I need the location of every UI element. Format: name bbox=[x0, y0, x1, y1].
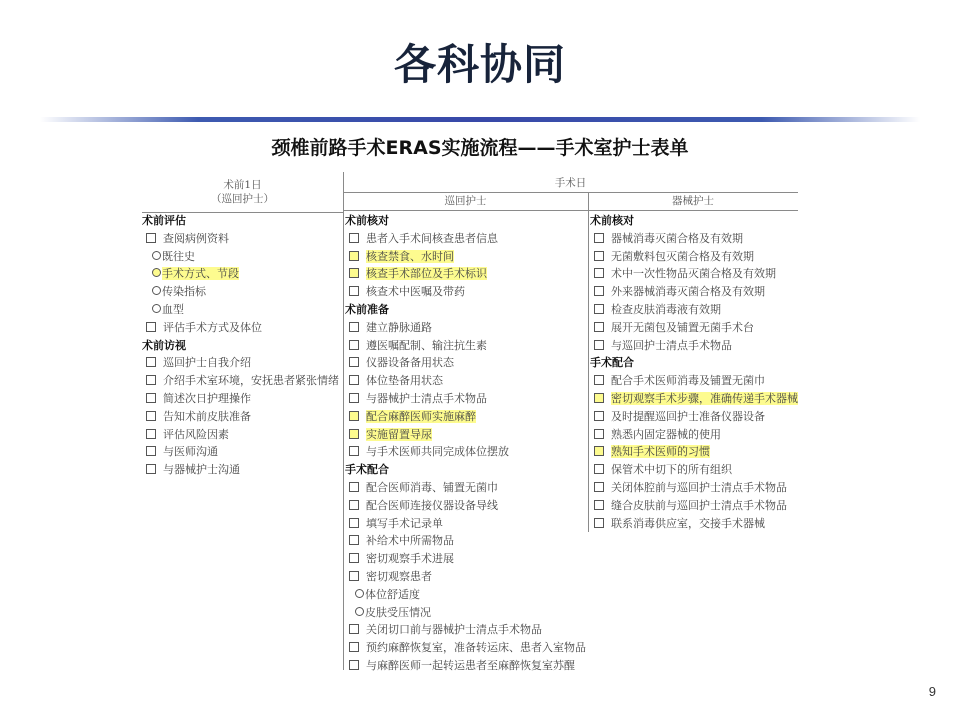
item-label: 联系消毒供应室，交接手术器械 bbox=[611, 517, 765, 530]
item-label: 评估手术方式及体位 bbox=[163, 321, 262, 334]
checklist-item: 无菌敷料包灭菌合格及有效期 bbox=[590, 248, 798, 266]
checkbox-icon[interactable] bbox=[349, 233, 359, 243]
item-label: 核查术中医嘱及带药 bbox=[366, 285, 465, 298]
item-label: 与器械护士沟通 bbox=[163, 463, 240, 476]
checkbox-icon[interactable] bbox=[349, 411, 359, 421]
checklist-item: 填写手术记录单 bbox=[345, 515, 587, 533]
item-label: 既往史 bbox=[162, 250, 195, 263]
checkbox-icon[interactable] bbox=[349, 535, 359, 545]
header-surgery-day: 手术日 bbox=[343, 176, 798, 190]
title-divider bbox=[40, 117, 920, 122]
checklist-item: 与器械护士沟通 bbox=[142, 461, 342, 479]
checklist-item: 介绍手术室环境，安抚患者紧张情绪 bbox=[142, 372, 342, 390]
item-label: 配合医师连接仪器设备导线 bbox=[366, 499, 498, 512]
checklist-item: 与医师沟通 bbox=[142, 443, 342, 461]
item-label: 器械消毒灭菌合格及有效期 bbox=[611, 232, 743, 245]
checklist-item: 简述次日护理操作 bbox=[142, 390, 342, 408]
checklist-subitem: 手术方式、节段 bbox=[142, 265, 342, 283]
nurse-checklist-form: 术前1日 （巡回护士） 手术日 巡回护士 器械护士 术前评估查阅病例资料既往史手… bbox=[142, 172, 798, 670]
item-label: 与医师沟通 bbox=[163, 445, 218, 458]
checkbox-icon[interactable] bbox=[349, 268, 359, 278]
item-label: 展开无菌包及铺置无菌手术台 bbox=[611, 321, 754, 334]
section-heading: 术前访视 bbox=[142, 337, 342, 355]
checkbox-icon[interactable] bbox=[594, 286, 604, 296]
checkbox-icon[interactable] bbox=[594, 411, 604, 421]
item-label: 熟悉内固定器械的使用 bbox=[611, 428, 721, 441]
item-label: 密切观察手术步骤，准确传递手术器械 bbox=[611, 392, 798, 405]
checklist-item: 核查禁食、水时间 bbox=[345, 248, 587, 266]
checklist-item: 遵医嘱配制、输注抗生素 bbox=[345, 337, 587, 355]
checkbox-icon[interactable] bbox=[146, 429, 156, 439]
checkbox-icon[interactable] bbox=[349, 571, 359, 581]
checklist-item: 仪器设备备用状态 bbox=[345, 354, 587, 372]
checkbox-icon[interactable] bbox=[594, 429, 604, 439]
checklist-item: 配合麻醉医师实施麻醉 bbox=[345, 408, 587, 426]
checklist-item: 联系消毒供应室，交接手术器械 bbox=[590, 515, 798, 533]
section-heading: 手术配合 bbox=[590, 354, 798, 372]
item-label: 与手术医师共同完成体位摆放 bbox=[366, 445, 509, 458]
item-label: 体位舒适度 bbox=[365, 588, 420, 601]
checklist-item: 配合医师连接仪器设备导线 bbox=[345, 497, 587, 515]
checkbox-icon[interactable] bbox=[349, 660, 359, 670]
item-label: 熟知手术医师的习惯 bbox=[611, 445, 710, 458]
circle-bullet-icon bbox=[355, 607, 364, 616]
item-label: 外来器械消毒灭菌合格及有效期 bbox=[611, 285, 765, 298]
circle-bullet-icon bbox=[152, 286, 161, 295]
checklist-item: 保管术中切下的所有组织 bbox=[590, 461, 798, 479]
section-heading: 术前核对 bbox=[345, 212, 587, 230]
item-label: 手术方式、节段 bbox=[162, 267, 239, 280]
column-scrub-nurse: 术前核对器械消毒灭菌合格及有效期无菌敷料包灭菌合格及有效期术中一次性物品灭菌合格… bbox=[590, 212, 798, 532]
checklist-item: 熟悉内固定器械的使用 bbox=[590, 426, 798, 444]
item-label: 体位垫备用状态 bbox=[366, 374, 443, 387]
checklist-item: 及时提醒巡回护士准备仪器设备 bbox=[590, 408, 798, 426]
checkbox-icon[interactable] bbox=[349, 553, 359, 563]
checkbox-icon[interactable] bbox=[349, 482, 359, 492]
checkbox-icon[interactable] bbox=[146, 357, 156, 367]
item-label: 血型 bbox=[162, 303, 184, 316]
checkbox-icon[interactable] bbox=[146, 322, 156, 332]
checkbox-icon[interactable] bbox=[146, 411, 156, 421]
column-pre-day: 术前评估查阅病例资料既往史手术方式、节段传染指标血型评估手术方式及体位术前访视巡… bbox=[142, 212, 342, 479]
item-label: 仪器设备备用状态 bbox=[366, 356, 454, 369]
checklist-item: 体位垫备用状态 bbox=[345, 372, 587, 390]
checklist-item: 评估手术方式及体位 bbox=[142, 319, 342, 337]
checklist-item: 关闭体腔前与巡回护士清点手术物品 bbox=[590, 479, 798, 497]
checkbox-icon[interactable] bbox=[349, 429, 359, 439]
item-label: 保管术中切下的所有组织 bbox=[611, 463, 732, 476]
item-label: 缝合皮肤前与巡回护士清点手术物品 bbox=[611, 499, 787, 512]
checklist-item: 核查手术部位及手术标识 bbox=[345, 265, 587, 283]
item-label: 查阅病例资料 bbox=[163, 232, 229, 245]
checklist-item: 配合手术医师消毒及铺置无菌巾 bbox=[590, 372, 798, 390]
checklist-item: 巡回护士自我介绍 bbox=[142, 354, 342, 372]
checklist-item: 术中一次性物品灭菌合格及有效期 bbox=[590, 265, 798, 283]
checkbox-icon[interactable] bbox=[146, 233, 156, 243]
item-label: 关闭体腔前与巡回护士清点手术物品 bbox=[611, 481, 787, 494]
checklist-item: 核查术中医嘱及带药 bbox=[345, 283, 587, 301]
column-divider-2 bbox=[588, 192, 589, 532]
checklist-item: 评估风险因素 bbox=[142, 426, 342, 444]
checkbox-icon[interactable] bbox=[594, 251, 604, 261]
item-label: 配合医师消毒、铺置无菌巾 bbox=[366, 481, 498, 494]
item-label: 皮肤受压情况 bbox=[365, 606, 431, 619]
circle-bullet-icon bbox=[355, 589, 364, 598]
checkbox-icon[interactable] bbox=[349, 357, 359, 367]
column-divider-1 bbox=[343, 172, 344, 670]
item-label: 患者入手术间核查患者信息 bbox=[366, 232, 498, 245]
checklist-item: 与巡回护士清点手术物品 bbox=[590, 337, 798, 355]
checkbox-icon[interactable] bbox=[349, 642, 359, 652]
checkbox-icon[interactable] bbox=[349, 446, 359, 456]
checklist-item: 实施留置导尿 bbox=[345, 426, 587, 444]
checkbox-icon[interactable] bbox=[349, 500, 359, 510]
section-heading: 手术配合 bbox=[345, 461, 587, 479]
checklist-item: 密切观察患者 bbox=[345, 568, 587, 586]
checklist-subitem: 传染指标 bbox=[142, 283, 342, 301]
item-label: 术中一次性物品灭菌合格及有效期 bbox=[611, 267, 776, 280]
checkbox-icon[interactable] bbox=[146, 375, 156, 385]
item-label: 配合手术医师消毒及铺置无菌巾 bbox=[611, 374, 765, 387]
circle-bullet-icon bbox=[152, 251, 161, 260]
item-label: 密切观察患者 bbox=[366, 570, 432, 583]
checklist-subitem: 皮肤受压情况 bbox=[345, 604, 587, 622]
item-label: 核查手术部位及手术标识 bbox=[366, 267, 487, 280]
checkbox-icon[interactable] bbox=[349, 624, 359, 634]
slide-title: 各科协同 bbox=[0, 32, 960, 92]
item-label: 建立静脉通路 bbox=[366, 321, 432, 334]
column-circulating-nurse: 术前核对患者入手术间核查患者信息核查禁食、水时间核查手术部位及手术标识核查术中医… bbox=[345, 212, 587, 675]
header-pre-day-role: （巡回护士） bbox=[142, 192, 343, 206]
circle-bullet-icon bbox=[152, 268, 161, 277]
checklist-item: 患者入手术间核查患者信息 bbox=[345, 230, 587, 248]
section-heading: 术前准备 bbox=[345, 301, 587, 319]
item-label: 关闭切口前与器械护士清点手术物品 bbox=[366, 623, 542, 636]
item-label: 与麻醉医师一起转运患者至麻醉恢复室苏醒 bbox=[366, 659, 575, 672]
item-label: 告知术前皮肤准备 bbox=[163, 410, 251, 423]
checkbox-icon[interactable] bbox=[594, 268, 604, 278]
checklist-item: 密切观察手术步骤，准确传递手术器械 bbox=[590, 390, 798, 408]
checkbox-icon[interactable] bbox=[594, 304, 604, 314]
header-circulating-nurse: 巡回护士 bbox=[343, 194, 588, 208]
checkbox-icon[interactable] bbox=[349, 375, 359, 385]
item-label: 填写手术记录单 bbox=[366, 517, 443, 530]
checklist-item: 关闭切口前与器械护士清点手术物品 bbox=[345, 621, 587, 639]
item-label: 评估风险因素 bbox=[163, 428, 229, 441]
item-label: 无菌敷料包灭菌合格及有效期 bbox=[611, 250, 754, 263]
item-label: 遵医嘱配制、输注抗生素 bbox=[366, 339, 487, 352]
checkbox-icon[interactable] bbox=[594, 500, 604, 510]
checklist-item: 配合医师消毒、铺置无菌巾 bbox=[345, 479, 587, 497]
checklist-item: 与手术医师共同完成体位摆放 bbox=[345, 443, 587, 461]
checkbox-icon[interactable] bbox=[146, 446, 156, 456]
header-scrub-nurse: 器械护士 bbox=[588, 194, 798, 208]
checklist-subitem: 既往史 bbox=[142, 248, 342, 266]
item-label: 配合麻醉医师实施麻醉 bbox=[366, 410, 476, 423]
checkbox-icon[interactable] bbox=[594, 322, 604, 332]
item-label: 检查皮肤消毒液有效期 bbox=[611, 303, 721, 316]
item-label: 与器械护士清点手术物品 bbox=[366, 392, 487, 405]
checkbox-icon[interactable] bbox=[349, 393, 359, 403]
section-heading: 术前评估 bbox=[142, 212, 342, 230]
circle-bullet-icon bbox=[152, 304, 161, 313]
checkbox-icon[interactable] bbox=[594, 375, 604, 385]
checklist-item: 外来器械消毒灭菌合格及有效期 bbox=[590, 283, 798, 301]
checkbox-icon[interactable] bbox=[349, 518, 359, 528]
checkbox-icon[interactable] bbox=[349, 322, 359, 332]
item-label: 及时提醒巡回护士准备仪器设备 bbox=[611, 410, 765, 423]
checklist-item: 熟知手术医师的习惯 bbox=[590, 443, 798, 461]
checklist-item: 密切观察手术进展 bbox=[345, 550, 587, 568]
checklist-item: 展开无菌包及铺置无菌手术台 bbox=[590, 319, 798, 337]
header-pre-day: 术前1日 （巡回护士） bbox=[142, 178, 343, 206]
item-label: 介绍手术室环境，安抚患者紧张情绪 bbox=[163, 374, 339, 387]
checklist-item: 补给术中所需物品 bbox=[345, 532, 587, 550]
checklist-item: 与器械护士清点手术物品 bbox=[345, 390, 587, 408]
checkbox-icon[interactable] bbox=[594, 233, 604, 243]
item-label: 密切观察手术进展 bbox=[366, 552, 454, 565]
checklist-item: 建立静脉通路 bbox=[345, 319, 587, 337]
checkbox-icon[interactable] bbox=[594, 446, 604, 456]
item-label: 预约麻醉恢复室，准备转运床、患者入室物品 bbox=[366, 641, 586, 654]
checkbox-icon[interactable] bbox=[594, 518, 604, 528]
item-label: 巡回护士自我介绍 bbox=[163, 356, 251, 369]
checklist-item: 预约麻醉恢复室，准备转运床、患者入室物品 bbox=[345, 639, 587, 657]
checklist-item: 查阅病例资料 bbox=[142, 230, 342, 248]
page-number: 9 bbox=[929, 684, 936, 699]
checkbox-icon[interactable] bbox=[594, 393, 604, 403]
form-subtitle: 颈椎前路手术ERAS实施流程——手术室护士表单 bbox=[0, 133, 960, 160]
item-label: 简述次日护理操作 bbox=[163, 392, 251, 405]
checklist-item: 器械消毒灭菌合格及有效期 bbox=[590, 230, 798, 248]
checkbox-icon[interactable] bbox=[594, 340, 604, 350]
checklist-subitem: 体位舒适度 bbox=[345, 586, 587, 604]
checkbox-icon[interactable] bbox=[349, 340, 359, 350]
item-label: 核查禁食、水时间 bbox=[366, 250, 454, 263]
item-label: 补给术中所需物品 bbox=[366, 534, 454, 547]
checklist-item: 缝合皮肤前与巡回护士清点手术物品 bbox=[590, 497, 798, 515]
checklist-item: 与麻醉医师一起转运患者至麻醉恢复室苏醒 bbox=[345, 657, 587, 675]
header-line-top bbox=[343, 192, 798, 193]
checklist-item: 检查皮肤消毒液有效期 bbox=[590, 301, 798, 319]
item-label: 与巡回护士清点手术物品 bbox=[611, 339, 732, 352]
item-label: 实施留置导尿 bbox=[366, 428, 432, 441]
checklist-subitem: 血型 bbox=[142, 301, 342, 319]
checkbox-icon[interactable] bbox=[146, 393, 156, 403]
header-pre-day-label: 术前1日 bbox=[142, 178, 343, 192]
item-label: 传染指标 bbox=[162, 285, 206, 298]
checkbox-icon[interactable] bbox=[349, 286, 359, 296]
checkbox-icon[interactable] bbox=[349, 251, 359, 261]
checkbox-icon[interactable] bbox=[594, 464, 604, 474]
header-line-mid bbox=[343, 210, 798, 211]
checkbox-icon[interactable] bbox=[146, 464, 156, 474]
section-heading: 术前核对 bbox=[590, 212, 798, 230]
checkbox-icon[interactable] bbox=[594, 482, 604, 492]
checklist-item: 告知术前皮肤准备 bbox=[142, 408, 342, 426]
